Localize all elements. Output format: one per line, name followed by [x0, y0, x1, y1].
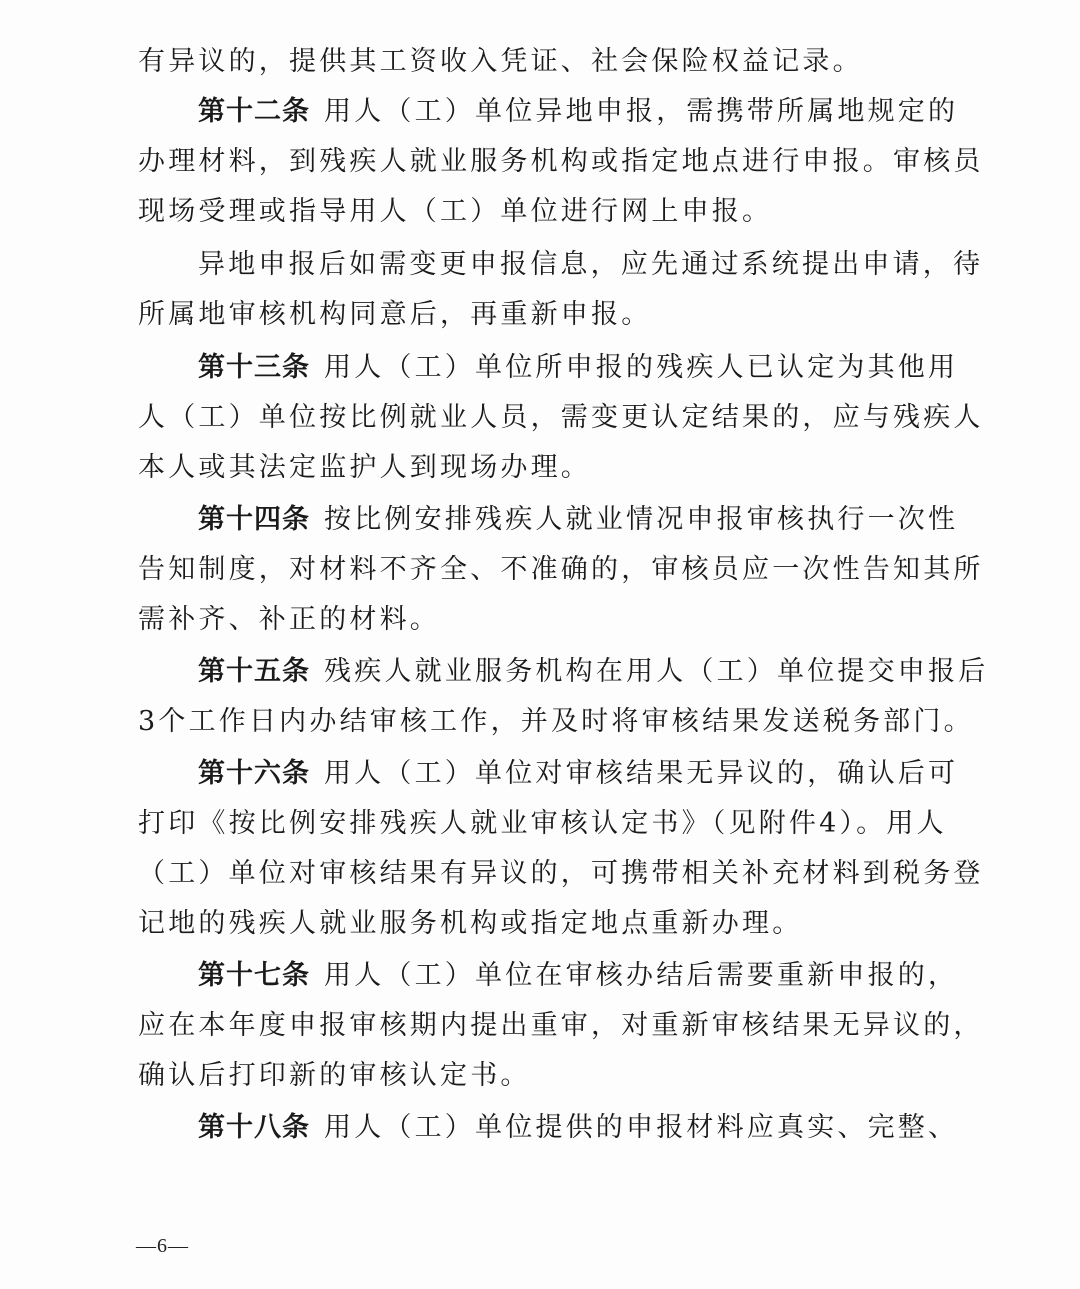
text-line: 所属地审核机构同意后，再重新申报。	[138, 295, 944, 335]
text-line: 确认后打印新的审核认定书。	[138, 1056, 944, 1096]
text-line: 3个工作日内办结审核工作，并及时将审核结果发送税务部门。	[138, 702, 944, 742]
text-line: 应在本年度申报审核期内提出重审，对重新审核结果无异议的，	[138, 1006, 944, 1046]
text-line: 办理材料，到残疾人就业服务机构或指定地点进行申报。审核员	[138, 142, 944, 182]
line-text: 有异议的，提供其工资收入凭证、社会保险权益记录。	[138, 46, 863, 77]
line-text: 人（工）单位按比例就业人员，需变更认定结果的，应与残疾人	[138, 402, 984, 433]
line-text: 办理材料，到残疾人就业服务机构或指定地点进行申报。审核员	[138, 146, 984, 177]
line-text: 按比例安排残疾人就业情况申报审核执行一次性	[324, 504, 958, 535]
text-line: 打印《按比例安排残疾人就业审核认定书》（见附件4）。用人	[138, 804, 944, 844]
line-text: 用人（工）单位所申报的残疾人已认定为其他用	[324, 352, 958, 383]
line-text: 用人（工）单位对审核结果无异议的，确认后可	[324, 758, 958, 789]
line-text: 确认后打印新的审核认定书。	[138, 1060, 531, 1091]
line-text: 用人（工）单位在审核办结后需要重新申报的，	[324, 960, 958, 991]
line-text: 需补齐、补正的材料。	[138, 604, 440, 635]
text-line: 现场受理或指导用人（工）单位进行网上申报。	[138, 192, 944, 232]
text-line: 告知制度，对材料不齐全、不准确的，审核员应一次性告知其所	[138, 550, 944, 590]
line-text: 告知制度，对材料不齐全、不准确的，审核员应一次性告知其所	[138, 554, 984, 585]
line-text: 所属地审核机构同意后，再重新申报。	[138, 299, 651, 330]
article-15-heading-line: 第十五条残疾人就业服务机构在用人（工）单位提交申报后	[198, 652, 944, 692]
article-number: 第十二条	[198, 96, 310, 127]
line-text: 应在本年度申报审核期内提出重审，对重新审核结果无异议的，	[138, 1010, 984, 1041]
paragraph-start-line: 异地申报后如需变更申报信息，应先通过系统提出申请，待	[198, 245, 944, 285]
text-line: （工）单位对审核结果有异议的，可携带相关补充材料到税务登	[138, 854, 944, 894]
document-page: 有异议的，提供其工资收入凭证、社会保险权益记录。 第十二条用人（工）单位异地申报…	[0, 0, 1080, 1289]
article-number: 第十六条	[198, 758, 310, 789]
article-16-heading-line: 第十六条用人（工）单位对审核结果无异议的，确认后可	[198, 754, 944, 794]
article-number: 第十四条	[198, 504, 310, 535]
text-line: 需补齐、补正的材料。	[138, 600, 944, 640]
article-17-heading-line: 第十七条用人（工）单位在审核办结后需要重新申报的，	[198, 956, 944, 996]
article-13-heading-line: 第十三条用人（工）单位所申报的残疾人已认定为其他用	[198, 348, 944, 388]
article-14-heading-line: 第十四条按比例安排残疾人就业情况申报审核执行一次性	[198, 500, 944, 540]
article-number: 第十八条	[198, 1112, 310, 1143]
article-18-heading-line: 第十八条用人（工）单位提供的申报材料应真实、完整、	[198, 1108, 944, 1148]
article-number: 第十五条	[198, 656, 310, 687]
line-text: 打印《按比例安排残疾人就业审核认定书》（见附件4）。用人	[138, 808, 947, 839]
page-number: —6—	[136, 1234, 189, 1258]
line-text: 记地的残疾人就业服务机构或指定地点重新办理。	[138, 908, 802, 939]
line-text: 用人（工）单位异地申报，需携带所属地规定的	[324, 96, 958, 127]
line-text: 3个工作日内办结审核工作，并及时将审核结果发送税务部门。	[138, 706, 974, 737]
text-line: 有异议的，提供其工资收入凭证、社会保险权益记录。	[138, 42, 944, 82]
text-line: 人（工）单位按比例就业人员，需变更认定结果的，应与残疾人	[138, 398, 944, 438]
text-line: 记地的残疾人就业服务机构或指定地点重新办理。	[138, 904, 944, 944]
line-text: 用人（工）单位提供的申报材料应真实、完整、	[324, 1112, 958, 1143]
article-number: 第十七条	[198, 960, 310, 991]
text-line: 本人或其法定监护人到现场办理。	[138, 448, 944, 488]
line-text: 残疾人就业服务机构在用人（工）单位提交申报后	[324, 656, 988, 687]
article-12-heading-line: 第十二条用人（工）单位异地申报，需携带所属地规定的	[198, 92, 944, 132]
line-text: （工）单位对审核结果有异议的，可携带相关补充材料到税务登	[138, 858, 984, 889]
line-text: 本人或其法定监护人到现场办理。	[138, 452, 591, 483]
line-text: 异地申报后如需变更申报信息，应先通过系统提出申请，待	[198, 249, 983, 280]
line-text: 现场受理或指导用人（工）单位进行网上申报。	[138, 196, 772, 227]
article-number: 第十三条	[198, 352, 310, 383]
